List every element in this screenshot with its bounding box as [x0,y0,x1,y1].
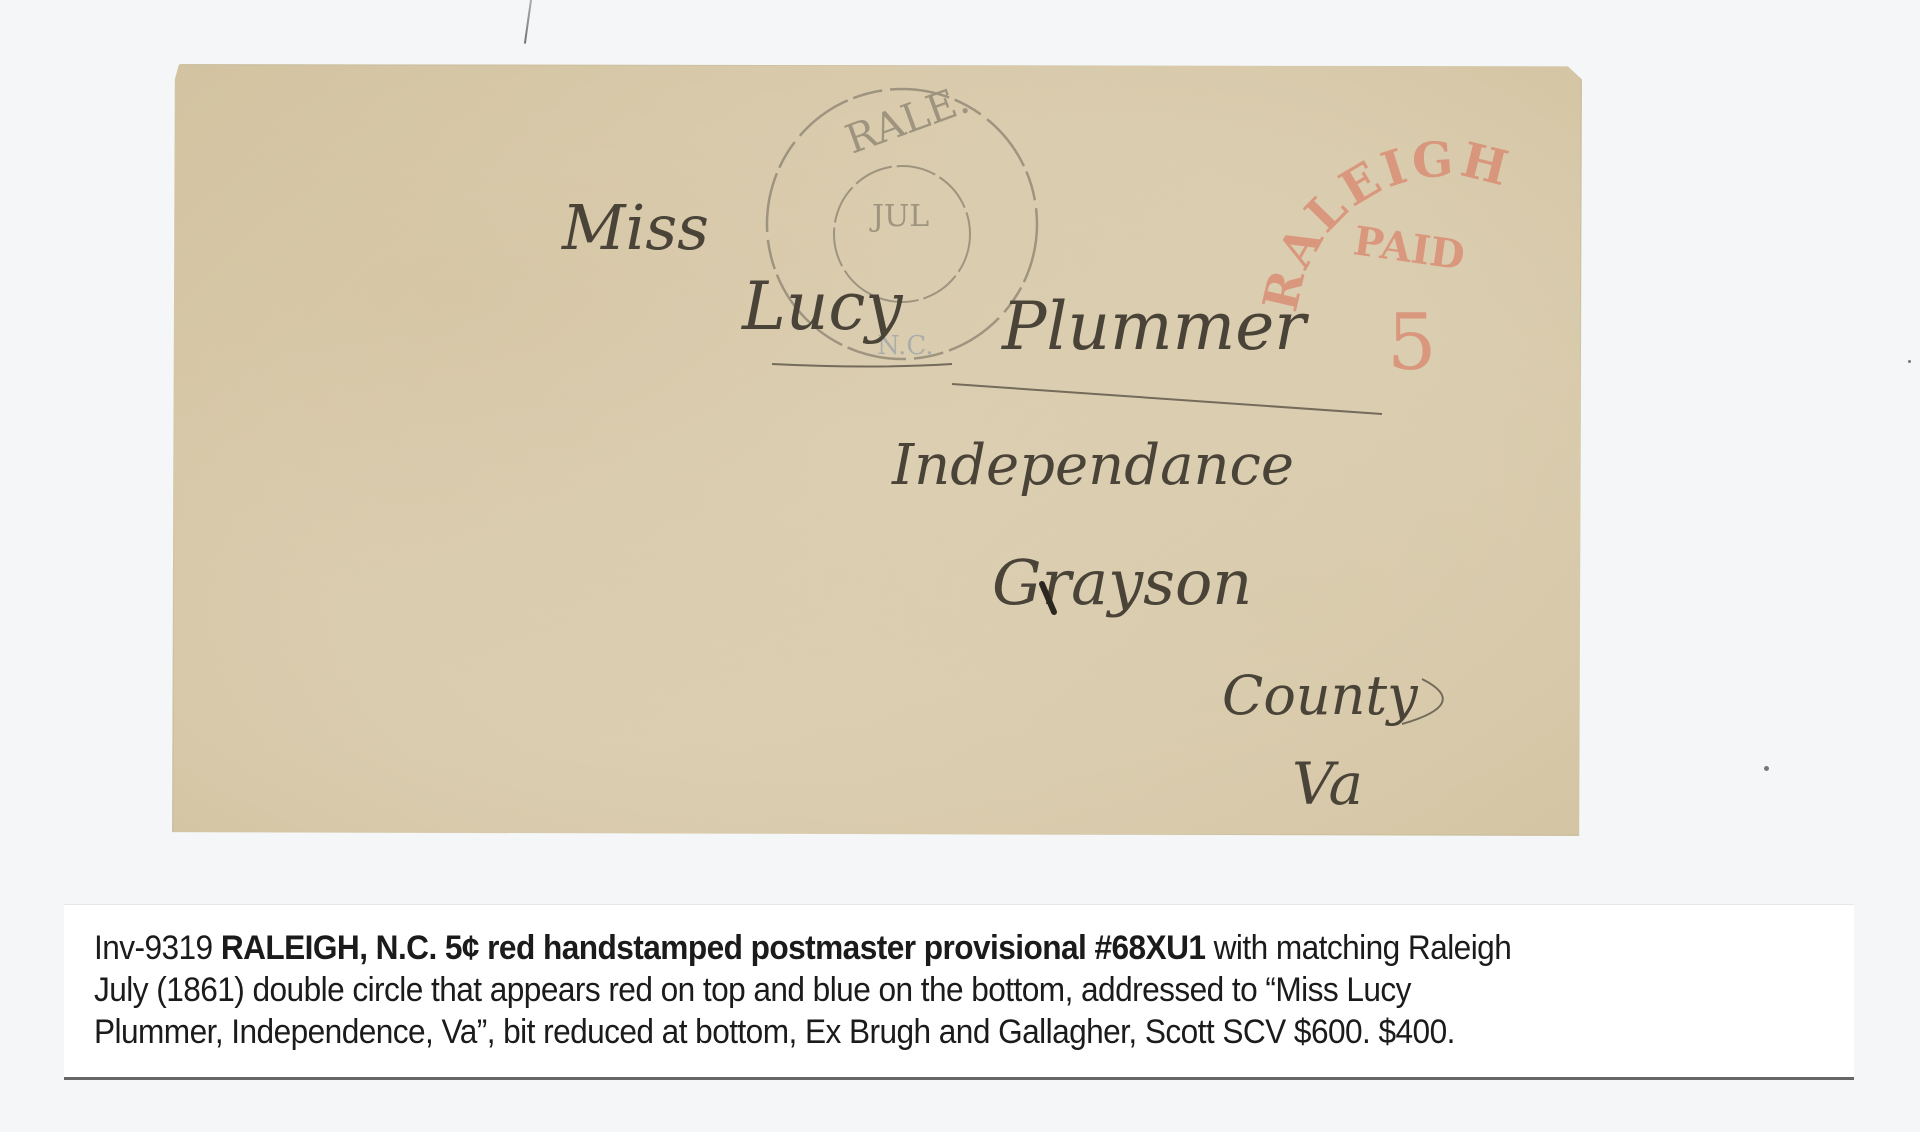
svg-text:JUL: JUL [869,199,929,234]
svg-text:PAID: PAID [1351,217,1468,279]
caption-line-2: July (1861) double circle that appears r… [94,969,1731,1011]
svg-text:5: 5 [1387,298,1437,388]
svg-text:Plummer: Plummer [1001,288,1309,365]
dust-speck [1908,360,1911,363]
svg-text:Grayson: Grayson [992,546,1252,619]
envelope-cover: RALE. JUL N.C. RALEIGH PAID 5 Miss Lucy … [172,64,1582,836]
description-label: Inv-9319 RALEIGH, N.C. 5¢ red handstampe… [64,905,1854,1080]
svg-text:County: County [1222,664,1419,727]
cover-markings: RALE. JUL N.C. RALEIGH PAID 5 Miss Lucy … [172,64,1582,836]
caption-line-1: Inv-9319 RALEIGH, N.C. 5¢ red handstampe… [94,927,1731,969]
svg-text:Lucy: Lucy [741,268,903,345]
caption-title: RALEIGH, N.C. 5¢ red handstamped postmas… [221,929,1206,967]
svg-text:Independance: Independance [891,433,1294,498]
description-text: Inv-9319 RALEIGH, N.C. 5¢ red handstampe… [94,927,1731,1053]
svg-text:Va: Va [1292,750,1363,818]
caption-line-3: Plummer, Independence, Va”, bit reduced … [94,1011,1731,1053]
dust-speck [1764,766,1769,771]
scan-artifact-line [524,0,532,44]
svg-text:Miss: Miss [561,191,709,264]
